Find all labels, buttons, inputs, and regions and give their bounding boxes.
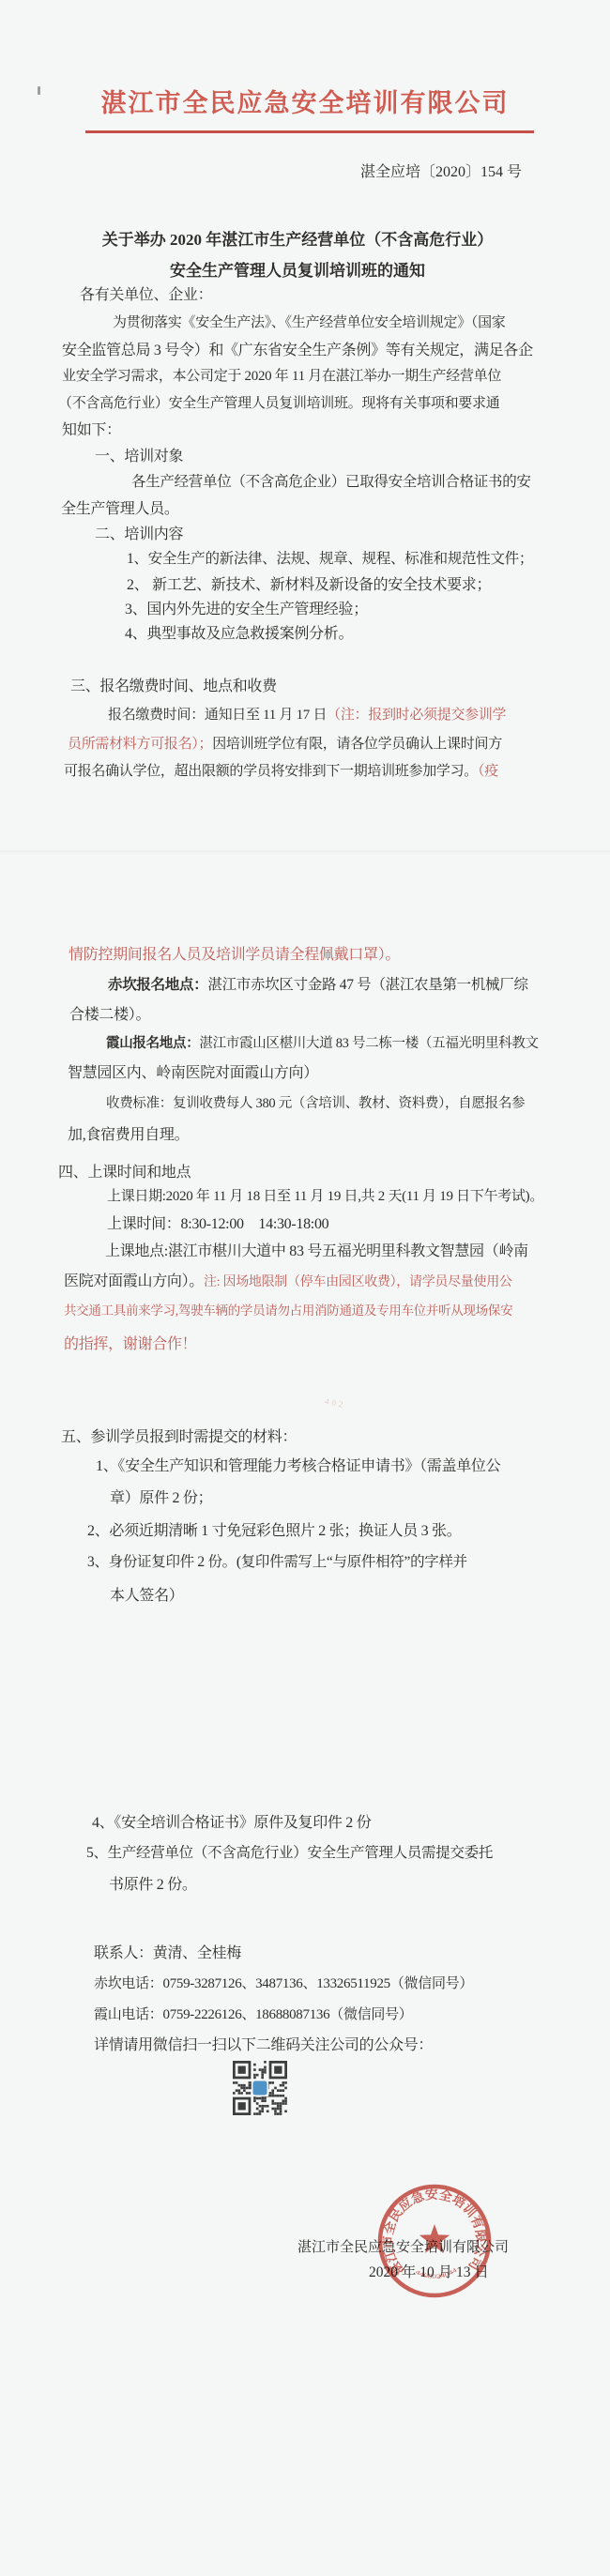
official-seal: 湛江市全民应急安全培训有限公司 4408024044216 bbox=[374, 2181, 495, 2301]
qr-code bbox=[233, 2061, 287, 2115]
doc-text-segment: 上课地点:湛江市椹川大道中 83 号五福光明里科教文智慧园（岭南 bbox=[105, 1243, 528, 1259]
doc-text-segment: 书原件 2 份。 bbox=[109, 1877, 197, 1893]
doc-line: 赤坎电话：0759-3287126、3487136、13326511925（微信… bbox=[94, 1975, 473, 1992]
doc-text-segment: 一、培训对象 bbox=[95, 449, 183, 465]
doc-text-segment: 各生产经营单位（不含高危企业）已取得安全培训合格证书的安 bbox=[131, 474, 531, 490]
doc-text-segment: 的指挥，谢谢合作！ bbox=[64, 1336, 196, 1352]
doc-line: 医院对面霞山方向）。注: 因场地限制（停车由园区收费），请学员尽量使用公 bbox=[64, 1273, 512, 1291]
doc-line: 一、培训对象 bbox=[95, 448, 183, 465]
doc-text-segment: 知如下： bbox=[62, 422, 121, 438]
doc-line: 合楼二楼）。 bbox=[69, 1006, 150, 1024]
doc-text-segment: 4、典型事故及应急救援案例分析。 bbox=[125, 626, 353, 642]
doc-text-segment: （注：报到时必须提交参训学 bbox=[327, 708, 506, 723]
document-page: 湛江市全民应急安全培训有限公司 湛全应培〔2020〕154 号 关于举办 202… bbox=[0, 0, 610, 2576]
doc-text-segment: 上课时间：8:30-12:00 14:30-18:00 bbox=[107, 1216, 328, 1232]
doc-line: 的指挥，谢谢合作！ bbox=[64, 1335, 196, 1353]
doc-line: 4、《安全培训合格证书》原件及复印件 2 份 bbox=[92, 1814, 371, 1832]
doc-text-segment: 五、参训学员报到时需提交的材料： bbox=[61, 1429, 297, 1445]
doc-line: 章）原件 2 份； bbox=[110, 1489, 212, 1507]
doc-text-segment: 赤坎电话：0759-3287126、3487136、13326511925（微信… bbox=[94, 1976, 473, 1991]
doc-text-segment: 本人签名） bbox=[110, 1588, 184, 1604]
doc-text-segment: （疫 bbox=[478, 764, 498, 779]
doc-text-segment: 1、安全生产的新法律、法规、规章、规程、标准和规范性文件； bbox=[127, 551, 533, 567]
doc-line: 4、典型事故及应急救援案例分析。 bbox=[125, 625, 353, 643]
doc-line: 情防控期间报名人员及培训学员请全程佩戴口罩）。 bbox=[69, 946, 400, 964]
doc-text-segment: 1、《安全生产知识和管理能力考核合格证申请书》（需盖单位公 bbox=[96, 1458, 500, 1474]
doc-text-segment: 共交通工具前来学习,驾驶车辆的学员请勿占用消防通道及专用车位并听从现场保安 bbox=[64, 1303, 512, 1318]
doc-line: 四、上课时间和地点 bbox=[58, 1164, 191, 1181]
doc-text-segment: 章）原件 2 份； bbox=[110, 1490, 212, 1506]
doc-text-segment: 三、报名缴费时间、地点和收费 bbox=[70, 678, 277, 694]
doc-text-segment: 2、必须近期清晰 1 寸免冠彩色照片 2 张；换证人员 3 张。 bbox=[87, 1523, 461, 1539]
doc-text-segment: 医院对面霞山方向）。 bbox=[64, 1273, 204, 1289]
doc-text-segment: 智慧园区内、岭南医院对面霞山方向） bbox=[68, 1065, 318, 1081]
doc-text-segment: 二、培训内容 bbox=[95, 526, 183, 542]
doc-line: 2、 新工艺、新技术、新材料及新设备的安全技术要求； bbox=[127, 576, 491, 594]
doc-text-segment: 因培训班学位有限，请各位学员确认上课时间方 bbox=[212, 737, 502, 752]
doc-text-segment: 2、 新工艺、新技术、新材料及新设备的安全技术要求； bbox=[127, 577, 491, 593]
doc-line: 1、《安全生产知识和管理能力考核合格证申请书》（需盖单位公 bbox=[96, 1457, 500, 1475]
doc-text-segment: 3、国内外先进的安全生产管理经验； bbox=[125, 602, 368, 617]
doc-line: 全生产管理人员。 bbox=[61, 500, 179, 518]
doc-text-segment: 3、身份证复印件 2 份。(复印件需写上“与原件相符”的字样并 bbox=[87, 1554, 467, 1570]
doc-line: 3、国内外先进的安全生产管理经验； bbox=[125, 601, 368, 618]
doc-text-segment: 湛江市赤坎区寸金路 47 号（湛江农垦第一机械厂综 bbox=[207, 977, 527, 993]
doc-line: 加,食宿费用自理。 bbox=[68, 1126, 189, 1144]
doc-text-segment: 加,食宿费用自理。 bbox=[68, 1127, 189, 1143]
doc-line: 业安全学习需求，本公司定于 2020 年 11 月在湛江举办一期生产经营单位 bbox=[62, 368, 501, 385]
doc-line: 赤坎报名地点：湛江市赤坎区寸金路 47 号（湛江农垦第一机械厂综 bbox=[108, 977, 528, 995]
doc-line: 收费标准：复训收费每人 380 元（含培训、教材、资料费），自愿报名参 bbox=[106, 1096, 525, 1112]
doc-text-segment: 为贯彻落实《安全生产法》、《生产经营单位安全培训规定》（国家 bbox=[113, 315, 506, 330]
doc-line: 各有关单位、企业： bbox=[80, 286, 212, 304]
doc-line: 上课日期:2020 年 11 月 18 日至 11 月 19 日,共 2 天(1… bbox=[107, 1188, 543, 1205]
doc-text-segment: 报名缴费时间：通知日至 11 月 17 日 bbox=[108, 708, 327, 723]
doc-line: 为贯彻落实《安全生产法》、《生产经营单位安全培训规定》（国家 bbox=[113, 314, 506, 331]
doc-line: 本人签名） bbox=[110, 1587, 184, 1605]
doc-line: 上课时间：8:30-12:00 14:30-18:00 bbox=[107, 1215, 328, 1233]
doc-text-segment: 收费标准：复训收费每人 380 元（含培训、教材、资料费），自愿报名参 bbox=[106, 1096, 525, 1111]
doc-line: 霞山报名地点：湛江市霞山区椹川大道 83 号二栋一楼（五福光明里科教文 bbox=[106, 1036, 539, 1052]
doc-line: 五、参训学员报到时需提交的材料： bbox=[61, 1428, 297, 1446]
doc-line: 二、培训内容 bbox=[95, 526, 183, 543]
qr-svg bbox=[233, 2061, 287, 2115]
doc-line: 各生产经营单位（不含高危企业）已取得安全培训合格证书的安 bbox=[131, 474, 531, 492]
doc-line: 书原件 2 份。 bbox=[109, 1876, 197, 1894]
doc-line: 上课地点:湛江市椹川大道中 83 号五福光明里科教文智慧园（岭南 bbox=[105, 1242, 528, 1260]
doc-line: 5、生产经营单位（不含高危行业）安全生产管理人员需提交委托 bbox=[86, 1845, 493, 1863]
doc-line: 员所需材料方可报名）；因培训班学位有限，请各位学员确认上课时间方 bbox=[68, 736, 502, 753]
doc-text-segment: 霞山电话：0759-2226126、18688087136（微信同号） bbox=[94, 2007, 413, 2022]
doc-line: 霞山电话：0759-2226126、18688087136（微信同号） bbox=[94, 2006, 413, 2023]
seal-star-icon bbox=[419, 2224, 450, 2253]
doc-text-segment: 5、生产经营单位（不含高危行业）安全生产管理人员需提交委托 bbox=[86, 1845, 493, 1861]
doc-line: 知如下： bbox=[62, 421, 121, 439]
doc-line: （不含高危行业）安全生产管理人员复训培训班。现将有关事项和要求通 bbox=[58, 395, 499, 412]
doc-line: 报名缴费时间：通知日至 11 月 17 日（注：报到时必须提交参训学 bbox=[108, 707, 506, 724]
doc-line: 1、安全生产的新法律、法规、规章、规程、标准和规范性文件； bbox=[127, 551, 533, 569]
doc-line: 联系人：黄清、全桂梅 bbox=[94, 1944, 241, 1962]
doc-text-segment: 业安全学习需求，本公司定于 2020 年 11 月在湛江举办一期生产经营单位 bbox=[62, 369, 501, 384]
doc-line: 详情请用微信扫一扫以下二维码关注公司的公众号： bbox=[94, 2036, 433, 2054]
doc-text-segment: （不含高危行业）安全生产管理人员复训培训班。现将有关事项和要求通 bbox=[58, 396, 499, 411]
doc-text-segment: 员所需材料方可报名）； bbox=[68, 737, 212, 752]
document-body: 各有关单位、企业：为贯彻落实《安全生产法》、《生产经营单位安全培训规定》（国家安… bbox=[0, 0, 610, 2576]
doc-text-segment: 上课日期:2020 年 11 月 18 日至 11 月 19 日,共 2 天(1… bbox=[107, 1189, 543, 1204]
doc-text-segment: 情防控期间报名人员及培训学员请全程佩戴口罩）。 bbox=[69, 947, 400, 963]
doc-line: 安全监管总局 3 号令）和《广东省安全生产条例》等有关规定，满足各企 bbox=[62, 342, 533, 359]
doc-line: 2、必须近期清晰 1 寸免冠彩色照片 2 张；换证人员 3 张。 bbox=[87, 1522, 461, 1540]
doc-text-segment: 详情请用微信扫一扫以下二维码关注公司的公众号： bbox=[94, 2037, 433, 2053]
doc-text-segment: 注: 因场地限制（停车由园区收费），请学员尽量使用公 bbox=[204, 1275, 512, 1289]
doc-line: 智慧园区内、岭南医院对面霞山方向） bbox=[68, 1064, 318, 1082]
doc-line: 可报名确认学位，超出限额的学员将安排到下一期培训班参加学习。（疫 bbox=[64, 763, 498, 780]
doc-text-segment: 霞山报名地点： bbox=[106, 1036, 199, 1051]
doc-line: 3、身份证复印件 2 份。(复印件需写上“与原件相符”的字样并 bbox=[87, 1554, 467, 1572]
doc-text-segment: 安全监管总局 3 号令）和《广东省安全生产条例》等有关规定，满足各企 bbox=[62, 343, 533, 358]
official-seal-svg: 湛江市全民应急安全培训有限公司 4408024044216 bbox=[374, 2181, 495, 2301]
doc-text-segment: 4、《安全培训合格证书》原件及复印件 2 份 bbox=[92, 1815, 371, 1831]
doc-text-segment: 湛江市霞山区椹川大道 83 号二栋一楼（五福光明里科教文 bbox=[199, 1036, 538, 1051]
doc-text-segment: 全生产管理人员。 bbox=[61, 501, 179, 517]
doc-text-segment: 联系人：黄清、全桂梅 bbox=[94, 1945, 241, 1961]
doc-text-segment: 合楼二楼）。 bbox=[69, 1007, 150, 1023]
doc-text-segment: 可报名确认学位，超出限额的学员将安排到下一期培训班参加学习。 bbox=[64, 764, 478, 779]
doc-text-segment: 四、上课时间和地点 bbox=[58, 1165, 191, 1181]
doc-line: 共交通工具前来学习,驾驶车辆的学员请勿占用消防通道及专用车位并听从现场保安 bbox=[64, 1303, 512, 1318]
doc-text-segment: 各有关单位、企业： bbox=[80, 287, 212, 303]
doc-text-segment: 赤坎报名地点： bbox=[108, 977, 207, 993]
doc-line: 三、报名缴费时间、地点和收费 bbox=[70, 678, 277, 695]
